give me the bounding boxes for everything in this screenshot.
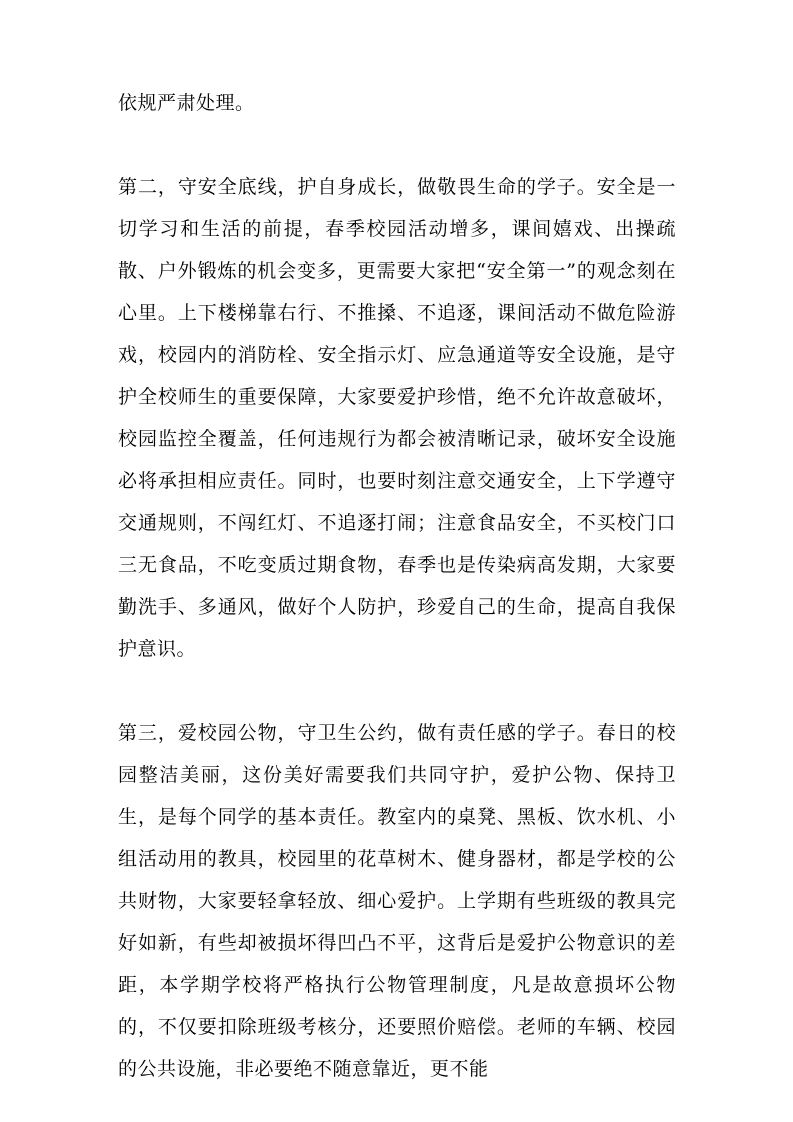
document-page: 依规严肃处理。 第二，守安全底线，护自身成长，做敬畏生命的学子。安全是一切学习和…	[0, 0, 793, 1122]
paragraph-third-point: 第三，爱校园公物，守卫生公约，做有责任感的学子。春日的校园整洁美丽，这份美好需要…	[118, 712, 676, 1090]
paragraph-continuation: 依规严肃处理。	[118, 82, 676, 124]
document-text-body: 依规严肃处理。 第二，守安全底线，护自身成长，做敬畏生命的学子。安全是一切学习和…	[118, 82, 676, 1090]
paragraph-second-point: 第二，守安全底线，护自身成长，做敬畏生命的学子。安全是一切学习和生活的前提，春季…	[118, 166, 676, 670]
